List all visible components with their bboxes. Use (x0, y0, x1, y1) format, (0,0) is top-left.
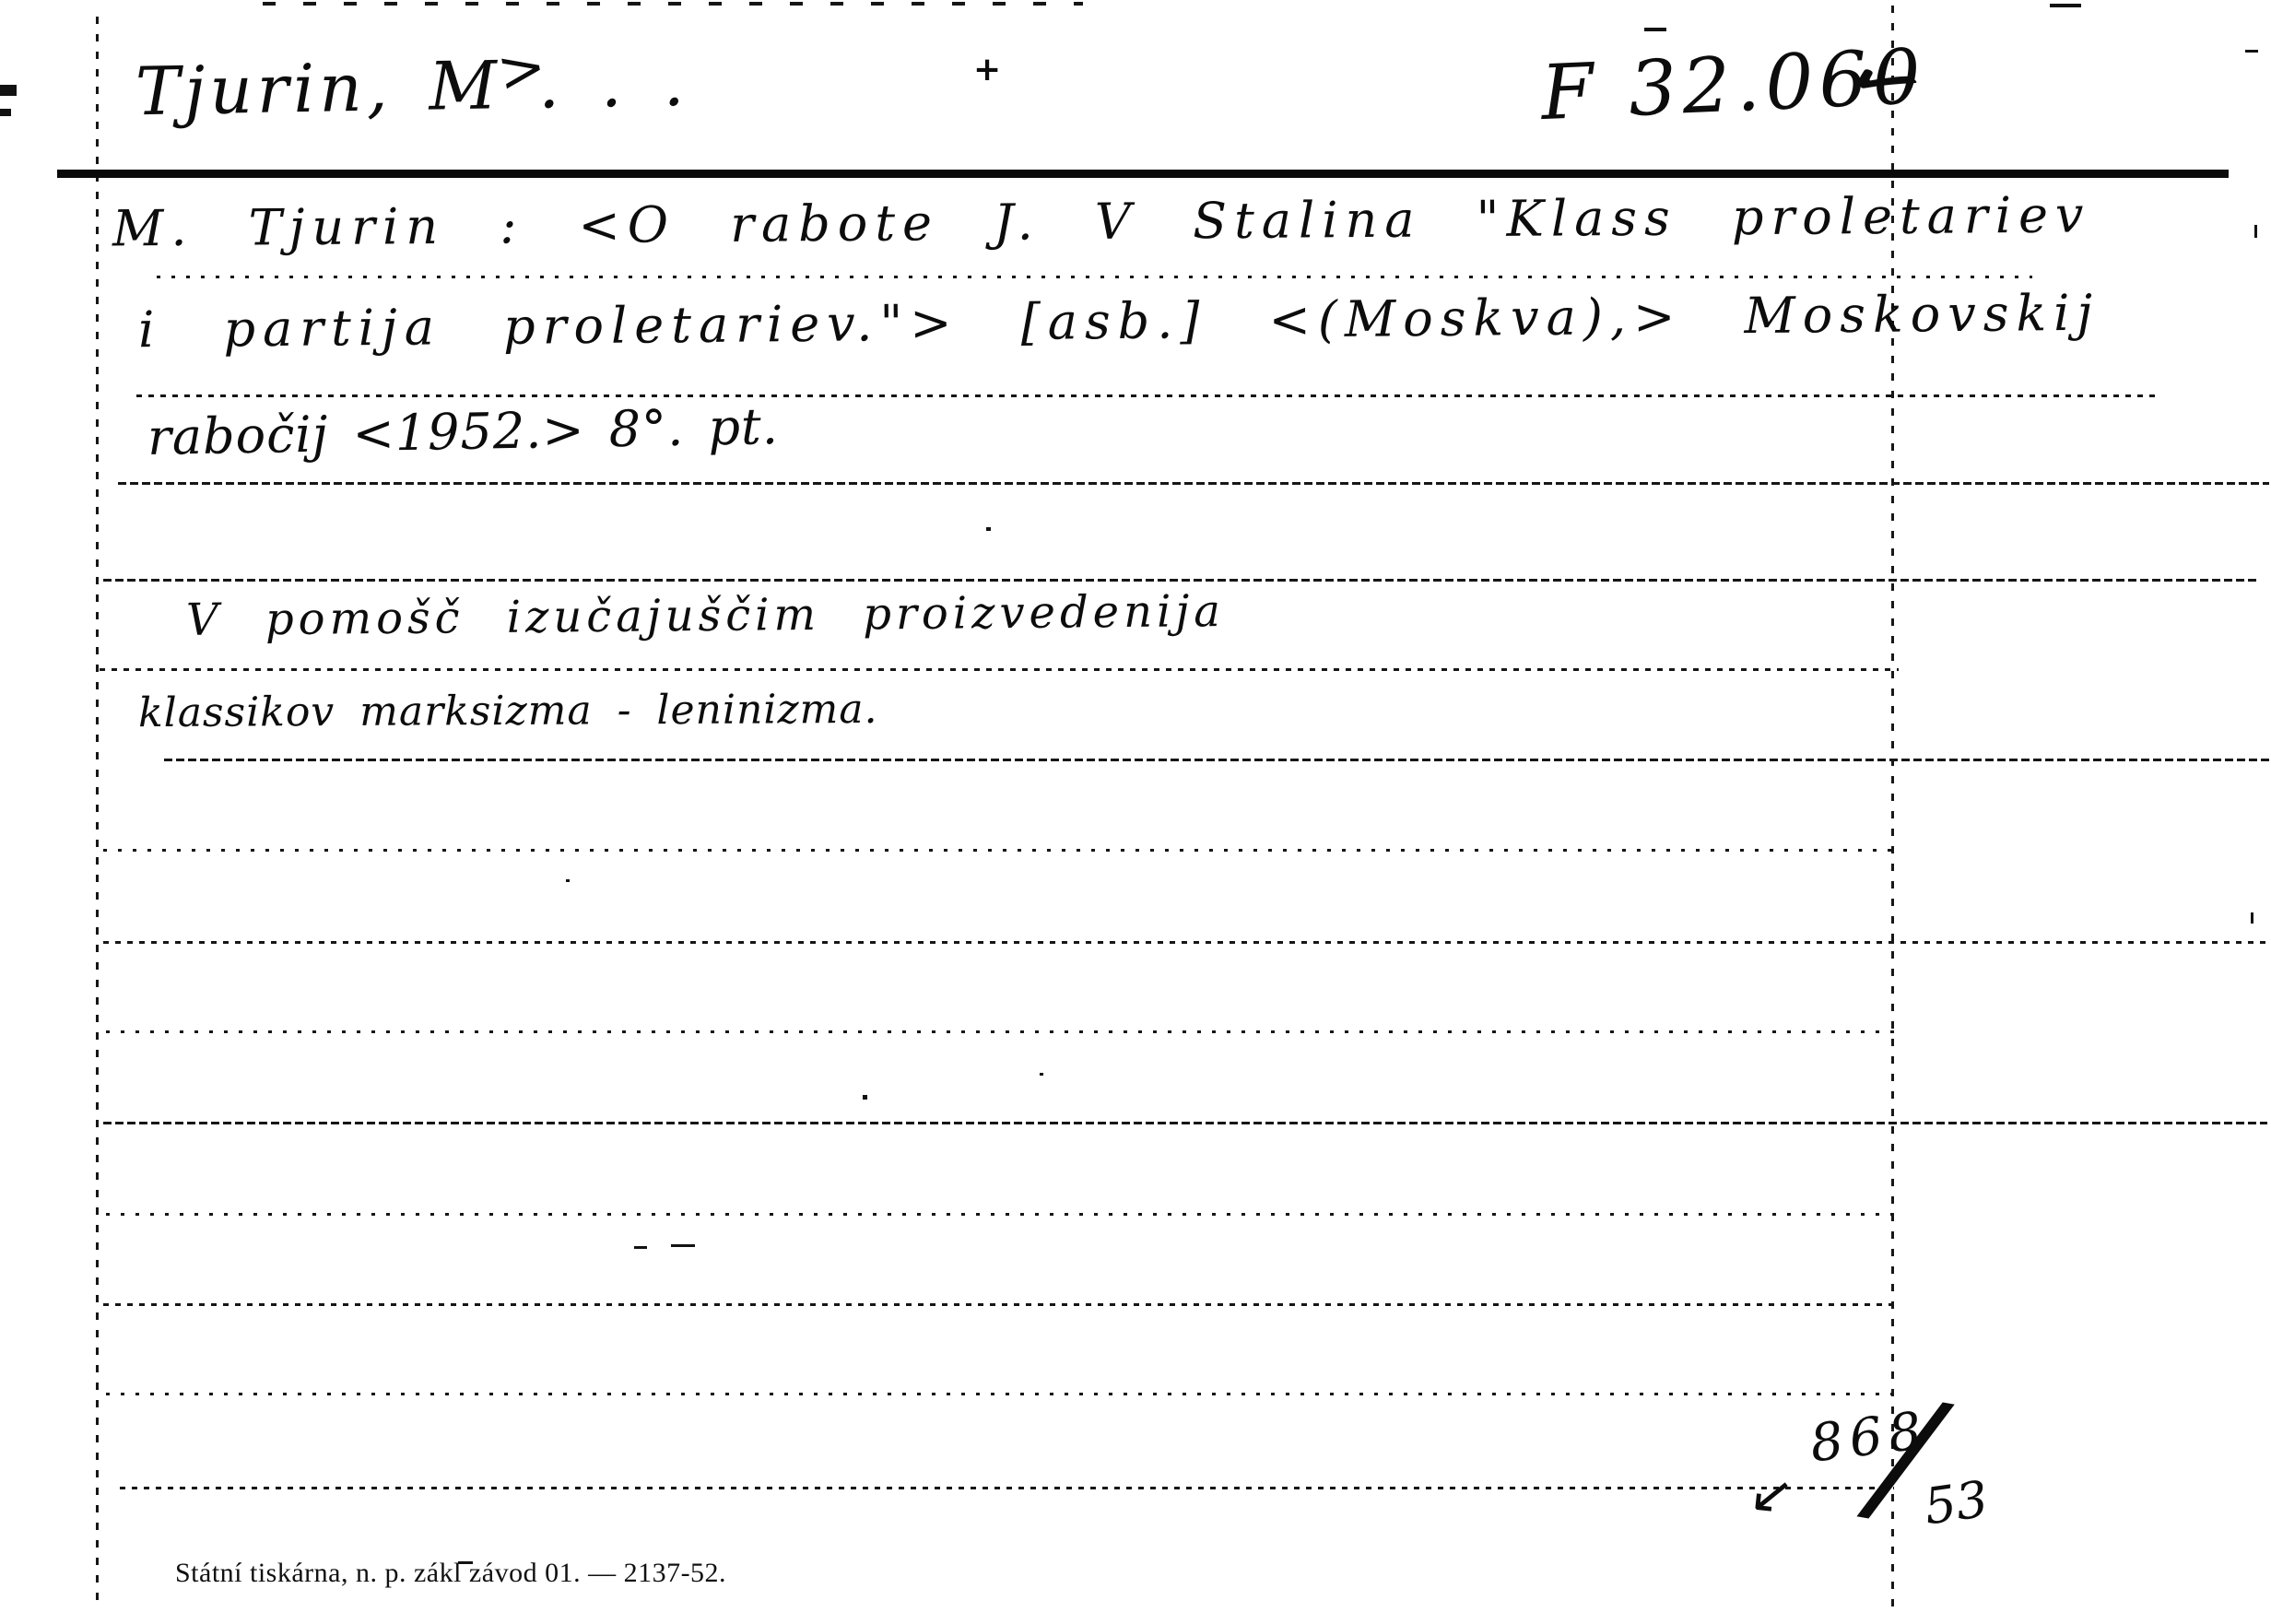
header-rule (57, 170, 2229, 178)
scan-noise (2050, 4, 2081, 7)
ruled-line (106, 1030, 1894, 1033)
left-dotted-border (96, 17, 99, 1609)
scan-noise (0, 109, 11, 116)
entry-line-1: M. Tjurin : <O rabote J. V Stalina "Klas… (112, 191, 2091, 254)
scan-noise (634, 1246, 647, 1249)
ruled-line (103, 849, 1894, 852)
top-dashed-line (263, 2, 1083, 6)
scan-noise (458, 1561, 473, 1564)
plus-mark: + (973, 53, 1001, 87)
entry-line-3: rabočij <1952.> 8°. pt. (147, 402, 780, 463)
scan-noise (0, 85, 17, 96)
scan-noise (2245, 50, 2258, 53)
ruled-line (106, 1393, 1894, 1395)
ruled-line (157, 276, 2032, 278)
ruled-line (106, 1213, 1894, 1216)
checkmark-arrow-icon: ↙ (1747, 1465, 1796, 1524)
entry-line-2: i partija proletariev."> [asb.] <(Moskva… (138, 288, 2100, 356)
accession-denominator: 53 (1922, 1474, 1992, 1532)
ruled-line (103, 1122, 2267, 1124)
note-line-2: klassikov marksizma - leninizma. (138, 689, 878, 734)
scan-noise (566, 879, 570, 882)
ruled-line (100, 668, 1899, 671)
ruled-line (164, 759, 2271, 761)
ruled-line (103, 941, 2271, 944)
ruled-line (103, 579, 2256, 582)
ruled-line (118, 482, 2269, 485)
scan-noise (671, 1244, 695, 1247)
scan-noise (2254, 225, 2257, 238)
ruled-line (120, 1487, 1894, 1489)
printer-imprint: Státní tiskárna, n. p. zákl závod 01. — … (175, 1558, 726, 1589)
catalog-card: Tjurin, M . . . > F 32.060 ✓ + M. Tjurin… (0, 0, 2271, 1624)
author-heading: Tjurin, M . . . (135, 49, 689, 124)
ruled-line (103, 1303, 1894, 1306)
scan-noise (2251, 912, 2253, 924)
ruled-line (136, 394, 2161, 397)
scan-noise (986, 527, 991, 531)
note-line-1: V pomošč izučajuščim proizvedenija (186, 589, 1225, 642)
insert-caret-mark: > (493, 37, 550, 101)
scan-noise (1644, 28, 1666, 31)
scan-noise (863, 1095, 867, 1100)
scan-noise (1040, 1073, 1043, 1076)
